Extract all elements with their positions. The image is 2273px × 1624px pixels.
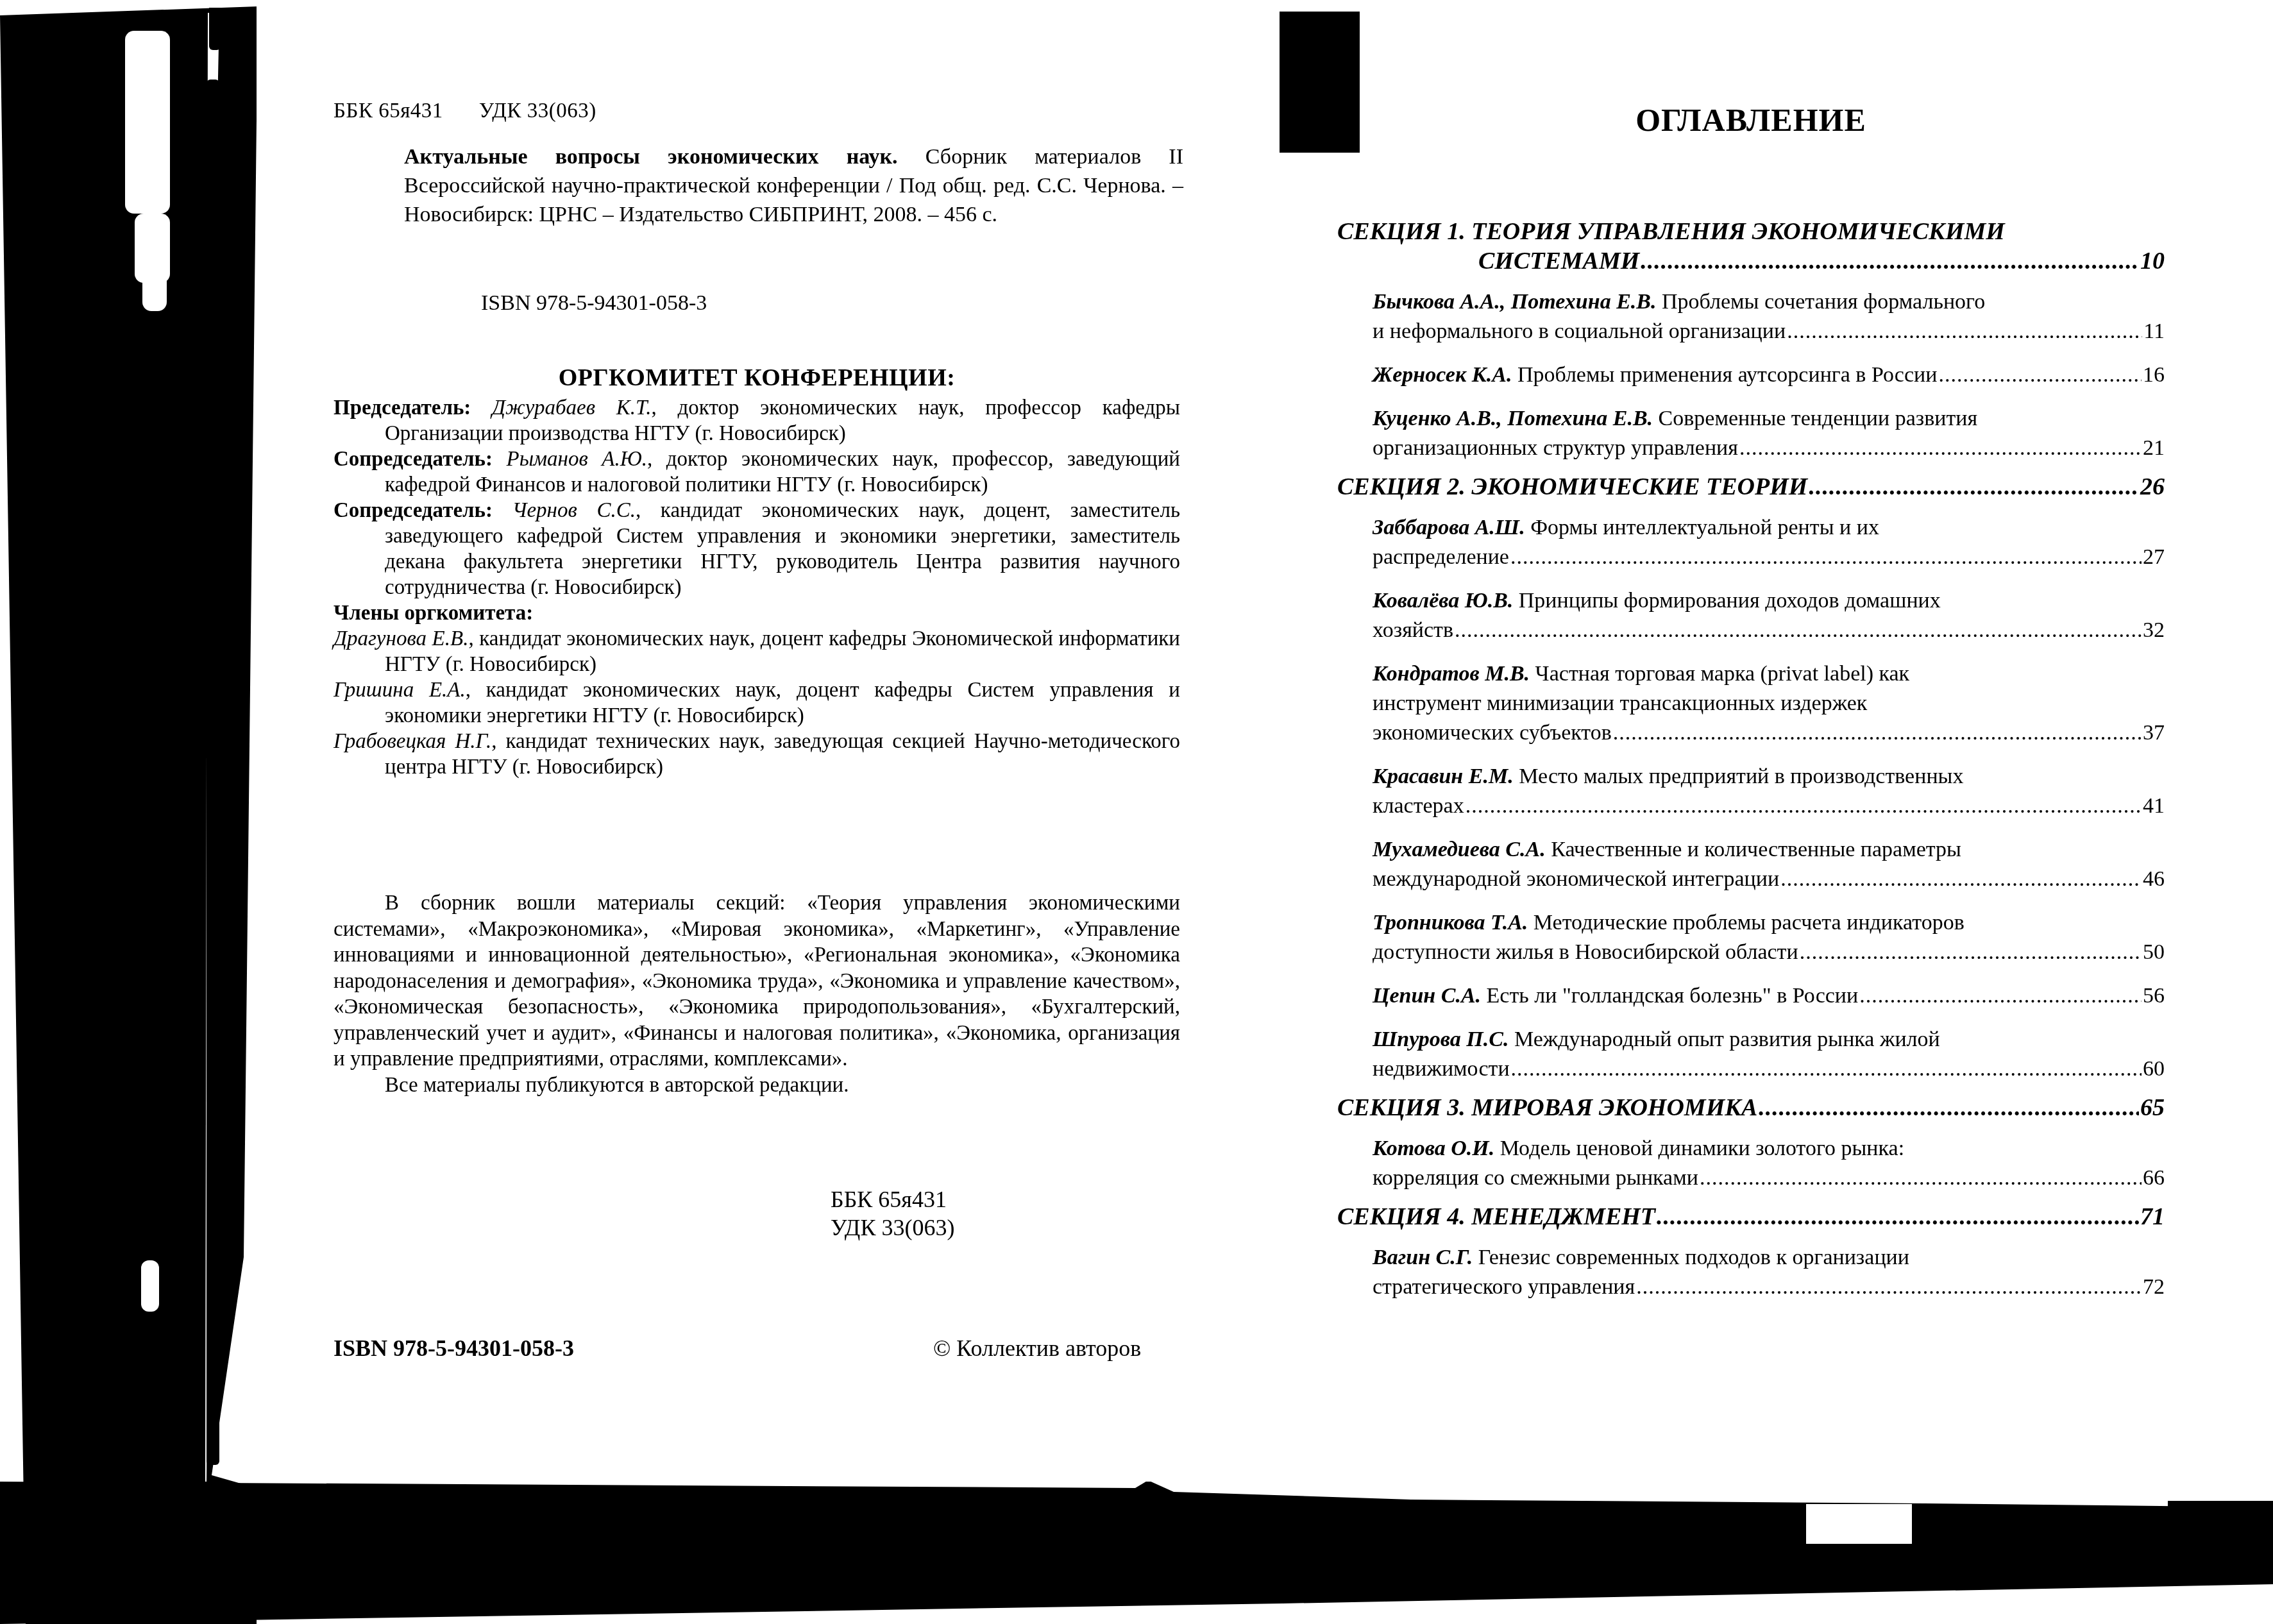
toc-page-number: 71: [2140, 1202, 2165, 1231]
binding-hole: [125, 31, 170, 214]
toc-article-authors: Котова О.И.: [1373, 1137, 1494, 1160]
toc-entry-text: экономических субъектов: [1373, 718, 1612, 748]
udk-code: УДК 33(063): [831, 1214, 954, 1242]
leader-dots: [1700, 1163, 2142, 1193]
toc-entry-text: доступности жилья в Новосибирской област…: [1373, 938, 1798, 967]
toc-page-number: 66: [2143, 1163, 2165, 1193]
toc-article-first-line: Вагин С.Г. Генезис современных подходов …: [1373, 1243, 2165, 1273]
toc-article-title: организационных структур управления: [1373, 436, 1738, 460]
toc-line: корреляция со смежными рынками66: [1373, 1163, 2165, 1193]
toc-article-title: Модель ценовой динамики золотого рынка:: [1494, 1137, 1904, 1160]
toc-line: хозяйств32: [1373, 616, 2165, 645]
toc-article-authors: Шпурова П.С.: [1373, 1028, 1508, 1051]
toc-article: Заббарова А.Ш. Формы интеллектуальной ре…: [1337, 513, 2165, 572]
toc-page-number: 26: [2140, 472, 2165, 502]
toc-article-authors: Ковалёва Ю.В.: [1373, 589, 1513, 613]
toc-line: распределение27: [1373, 543, 2165, 572]
toc-entry-text: СЕКЦИЯ 4. МЕНЕДЖМЕНТ: [1337, 1202, 1655, 1231]
committee-member-name: Чернов С.С.: [512, 499, 636, 522]
toc-article-first-line: Красавин Е.М. Место малых предприятий в …: [1373, 762, 2165, 791]
scan-label-patch: [1806, 1504, 1912, 1544]
bibliographic-description: Актуальные вопросы экономических наук. С…: [404, 142, 1183, 229]
toc-section: СЕКЦИЯ 3. МИРОВАЯ ЭКОНОМИКА65: [1337, 1093, 2165, 1122]
leader-dots: [1641, 246, 2139, 276]
toc-entry-text: кластерах: [1373, 791, 1464, 821]
toc-line: и неформального в социальной организации…: [1373, 317, 2165, 346]
collection-summary: В сборник вошли материалы секций: «Теори…: [334, 890, 1180, 1098]
toc-page-number: 11: [2143, 317, 2165, 346]
toc-line: организационных структур управления21: [1373, 434, 2165, 463]
leader-dots: [1800, 938, 2142, 967]
toc-page-number: 46: [2143, 865, 2165, 894]
toc-article-title: Проблемы применения аутсорсинга в России: [1512, 363, 1937, 387]
toc-article: Котова О.И. Модель ценовой динамики золо…: [1337, 1134, 2165, 1193]
toc-article-title: Современные тенденции развития: [1653, 407, 1977, 430]
members-heading: Члены оргкомитета:: [334, 600, 1180, 626]
udk-code: УДК 33(063): [479, 99, 596, 123]
leader-dots: [1466, 791, 2142, 821]
committee-chair-entry: Председатель: Джурабаев К.Т., доктор эко…: [334, 395, 1180, 446]
committee-role: Сопредседатель:: [334, 448, 507, 471]
toc-page-number: 32: [2143, 616, 2165, 645]
toc-article-authors: Красавин Е.М.: [1373, 765, 1514, 788]
committee-member-desc: , кандидат экономических наук, доцент ка…: [385, 627, 1180, 676]
toc-article-title: хозяйств: [1373, 618, 1453, 642]
binding-hole: [142, 260, 167, 311]
toc-entry-text: и неформального в социальной организации: [1373, 317, 1786, 346]
committee-member-entry: Драгунова Е.В., кандидат экономических н…: [334, 626, 1180, 677]
leader-dots: [1759, 1093, 2139, 1122]
toc-line: СЕКЦИЯ 3. МИРОВАЯ ЭКОНОМИКА65: [1337, 1093, 2165, 1122]
leader-dots: [1739, 434, 2142, 463]
committee-member-name: Грабовецкая Н.Г.: [334, 730, 491, 753]
summary-paragraph: В сборник вошли материалы секций: «Теори…: [334, 890, 1180, 1072]
toc-article-authors: Бычкова А.А., Потехина Е.В.: [1373, 290, 1657, 314]
toc-entry-text: Жерносек К.А. Проблемы применения аутсор…: [1373, 360, 1937, 390]
toc-article: Куценко А.В., Потехина Е.В. Современные …: [1337, 404, 2165, 463]
toc-line: СИСТЕМАМИ10: [1337, 246, 2165, 276]
toc-entry-text: распределение: [1373, 543, 1509, 572]
summary-paragraph: Все материалы публикуются в авторской ре…: [334, 1072, 1180, 1099]
toc-page-number: 37: [2143, 718, 2165, 748]
toc-article: Мухамедиева С.А. Качественные и количест…: [1337, 835, 2165, 894]
toc-article-first-line: Бычкова А.А., Потехина Е.В. Проблемы соч…: [1373, 287, 2165, 317]
toc-article-title: Генезис современных подходов к организац…: [1473, 1246, 1909, 1269]
toc-article-title: стратегического управления: [1373, 1275, 1635, 1299]
toc-article-title: кластерах: [1373, 794, 1464, 818]
binding-hole: [141, 1260, 159, 1312]
toc-page-number: 56: [2143, 981, 2165, 1011]
toc-article-first-line: Шпурова П.С. Международный опыт развития…: [1373, 1025, 2165, 1054]
toc-article-first-line: Заббарова А.Ш. Формы интеллектуальной ре…: [1373, 513, 2165, 543]
toc-article: Кондратов М.В. Частная торговая марка (p…: [1337, 659, 2165, 748]
toc-article-authors: Жерносек К.А.: [1373, 363, 1512, 387]
toc-article-title: инструмент минимизации трансакционных из…: [1373, 689, 2165, 718]
toc-entry-text: организационных структур управления: [1373, 434, 1738, 463]
toc-line: Жерносек К.А. Проблемы применения аутсор…: [1373, 360, 2165, 390]
toc-article: Жерносек К.А. Проблемы применения аутсор…: [1337, 360, 2165, 390]
toc-article-first-line: Ковалёва Ю.В. Принципы формирования дохо…: [1373, 586, 2165, 616]
toc-page-number: 16: [2143, 360, 2165, 390]
committee-member-entry: Гришина Е.А., кандидат экономических нау…: [334, 677, 1180, 729]
leader-dots: [1657, 1202, 2139, 1231]
toc-page-number: 41: [2143, 791, 2165, 821]
toc-article-title: экономических субъектов: [1373, 721, 1612, 745]
toc-article-title: Принципы формирования доходов домашних: [1513, 589, 1940, 613]
committee-role: Сопредседатель:: [334, 499, 512, 522]
scan-corner-shadow: [2168, 1501, 2273, 1562]
toc-article-title: Качественные и количественные параметры: [1546, 838, 1961, 861]
classification-codes: ББК 65я431УДК 33(063): [334, 97, 596, 124]
toc-article-title: Формы интеллектуальной ренты и их: [1525, 516, 1879, 539]
toc-article: Тропникова Т.А. Методические проблемы ра…: [1337, 908, 2165, 967]
toc-article-authors: Цепин С.А.: [1373, 984, 1481, 1008]
leader-dots: [1809, 472, 2139, 502]
toc-article-title: недвижимости: [1373, 1057, 1510, 1081]
toc-line: СЕКЦИЯ 4. МЕНЕДЖМЕНТ71: [1337, 1202, 2165, 1231]
bbk-code: ББК 65я431: [831, 1185, 954, 1214]
toc-article-title: Место малых предприятий в производственн…: [1514, 765, 1964, 788]
book-title: Актуальные вопросы экономических наук.: [404, 145, 898, 169]
toc-page-number: 10: [2140, 246, 2165, 276]
toc-article: Ковалёва Ю.В. Принципы формирования дохо…: [1337, 586, 2165, 645]
toc-article-first-line: Куценко А.В., Потехина Е.В. Современные …: [1373, 404, 2165, 434]
toc-article-authors: Кондратов М.В.: [1373, 662, 1530, 686]
toc-line: Цепин С.А. Есть ли "голландская болезнь"…: [1373, 981, 2165, 1011]
toc-article-title: Есть ли "голландская болезнь" в России: [1481, 984, 1858, 1008]
toc-section-title: СЕКЦИЯ 3. МИРОВАЯ ЭКОНОМИКА: [1337, 1094, 1757, 1121]
toc-entry-text: СИСТЕМАМИ: [1478, 246, 1639, 276]
leader-dots: [1511, 1054, 2142, 1084]
toc-section-title: СИСТЕМАМИ: [1478, 248, 1639, 275]
isbn: ISBN 978-5-94301-058-3: [481, 290, 707, 317]
toc-line: СЕКЦИЯ 2. ЭКОНОМИЧЕСКИЕ ТЕОРИИ26: [1337, 472, 2165, 502]
toc-article: Бычкова А.А., Потехина Е.В. Проблемы соч…: [1337, 287, 2165, 346]
toc-article-title: и неформального в социальной организации: [1373, 319, 1786, 343]
toc-page-number: 72: [2143, 1273, 2165, 1302]
page-edge-shadow: [207, 80, 219, 1465]
toc-line: стратегического управления72: [1373, 1273, 2165, 1302]
toc-entry-text: недвижимости: [1373, 1054, 1510, 1084]
toc-article: Цепин С.А. Есть ли "голландская болезнь"…: [1337, 981, 2165, 1011]
toc-entry-text: Цепин С.А. Есть ли "голландская болезнь"…: [1373, 981, 1858, 1011]
toc-article-first-line: Тропникова Т.А. Методические проблемы ра…: [1373, 908, 2165, 938]
toc-article-title: Методические проблемы расчета индикаторо…: [1528, 911, 1964, 935]
toc-section-title: СЕКЦИЯ 4. МЕНЕДЖМЕНТ: [1337, 1203, 1655, 1230]
toc-entry-text: стратегического управления: [1373, 1273, 1635, 1302]
toc-section-title: СЕКЦИЯ 1. ТЕОРИЯ УПРАВЛЕНИЯ ЭКОНОМИЧЕСКИ…: [1337, 217, 2165, 246]
toc-line: кластерах41: [1373, 791, 2165, 821]
toc-page-number: 60: [2143, 1054, 2165, 1084]
leader-dots: [1510, 543, 2142, 572]
copyright-notice: © Коллектив авторов: [933, 1335, 1141, 1362]
toc-title: ОГЛАВЛЕНИЕ: [1337, 101, 2165, 139]
toc-section-title: СЕКЦИЯ 2. ЭКОНОМИЧЕСКИЕ ТЕОРИИ: [1337, 473, 1807, 500]
toc-article-title: Международный опыт развития рынка жилой: [1508, 1028, 1939, 1051]
committee-member-name: Рыманов А.Ю.: [507, 448, 647, 471]
toc-article: Вагин С.Г. Генезис современных подходов …: [1337, 1243, 2165, 1302]
leader-dots: [1780, 865, 2142, 894]
toc-article: Шпурова П.С. Международный опыт развития…: [1337, 1025, 2165, 1084]
toc-article-authors: Тропникова Т.А.: [1373, 911, 1528, 935]
toc-section: СЕКЦИЯ 4. МЕНЕДЖМЕНТ71: [1337, 1202, 2165, 1231]
isbn-bottom: ISBN 978-5-94301-058-3: [334, 1335, 574, 1362]
toc-article-first-line: Котова О.И. Модель ценовой динамики золо…: [1373, 1134, 2165, 1163]
toc-article-title: корреляция со смежными рынками: [1373, 1166, 1698, 1190]
toc-entry-text: международной экономической интеграции: [1373, 865, 1779, 894]
toc-page-number: 27: [2143, 543, 2165, 572]
toc-entry-text: хозяйств: [1373, 616, 1453, 645]
committee-chair-entry: Сопредседатель: Чернов С.С., кандидат эк…: [334, 498, 1180, 600]
scan-shadow-bottom: [0, 1482, 2273, 1624]
toc-page-number: 21: [2143, 434, 2165, 463]
toc-entry-text: СЕКЦИЯ 3. МИРОВАЯ ЭКОНОМИКА: [1337, 1093, 1757, 1122]
toc-article: Красавин Е.М. Место малых предприятий в …: [1337, 762, 2165, 821]
leader-dots: [1455, 616, 2142, 645]
toc-article-title: распределение: [1373, 545, 1509, 569]
toc-article-title: доступности жилья в Новосибирской област…: [1373, 940, 1798, 964]
leader-dots: [1859, 981, 2142, 1011]
toc-article-authors: Мухамедиева С.А.: [1373, 838, 1546, 861]
committee-member-entry: Грабовецкая Н.Г., кандидат технических н…: [334, 729, 1180, 780]
toc-entry-text: корреляция со смежными рынками: [1373, 1163, 1698, 1193]
toc-line: экономических субъектов37: [1373, 718, 2165, 748]
committee-member-desc: , кандидат технических наук, заведующая …: [385, 730, 1180, 779]
committee-role: Председатель:: [334, 396, 492, 419]
toc-line: доступности жилья в Новосибирской област…: [1373, 938, 2165, 967]
leader-dots: [1636, 1273, 2142, 1302]
leader-dots: [1787, 317, 2142, 346]
toc-section: СЕКЦИЯ 2. ЭКОНОМИЧЕСКИЕ ТЕОРИИ26: [1337, 472, 2165, 502]
orgcommittee-list: Председатель: Джурабаев К.Т., доктор эко…: [334, 395, 1180, 780]
toc-section: СЕКЦИЯ 1. ТЕОРИЯ УПРАВЛЕНИЯ ЭКОНОМИЧЕСКИ…: [1337, 217, 2165, 276]
committee-member-name: Драгунова Е.В.: [334, 627, 468, 650]
committee-member-name: Гришина Е.А.: [334, 679, 466, 702]
orgcommittee-title: ОРГКОМИТЕТ КОНФЕРЕНЦИИ:: [334, 364, 1180, 391]
toc-page-number: 65: [2140, 1093, 2165, 1122]
toc-article-title: международной экономической интеграции: [1373, 867, 1779, 891]
toc-line: международной экономической интеграции46: [1373, 865, 2165, 894]
page-edge-shadow: [209, 8, 221, 50]
bbk-code: ББК 65я431: [334, 99, 443, 123]
toc-article-first-line: Мухамедиева С.А. Качественные и количест…: [1373, 835, 2165, 865]
leader-dots: [1613, 718, 2142, 748]
classification-codes-bottom: ББК 65я431 УДК 33(063): [831, 1185, 954, 1242]
committee-chair-entry: Сопредседатель: Рыманов А.Ю., доктор эко…: [334, 446, 1180, 498]
toc-page-number: 50: [2143, 938, 2165, 967]
toc-entry-text: СЕКЦИЯ 2. ЭКОНОМИЧЕСКИЕ ТЕОРИИ: [1337, 472, 1807, 502]
toc-article-title: Частная торговая марка (privat label) ка…: [1530, 662, 1909, 686]
toc-article-authors: Вагин С.Г.: [1373, 1246, 1473, 1269]
table-of-contents: СЕКЦИЯ 1. ТЕОРИЯ УПРАВЛЕНИЯ ЭКОНОМИЧЕСКИ…: [1337, 213, 2165, 1311]
committee-member-name: Джурабаев К.Т.: [492, 396, 651, 419]
toc-article-authors: Куценко А.В., Потехина Е.В.: [1373, 407, 1653, 430]
toc-article-authors: Заббарова А.Ш.: [1373, 516, 1525, 539]
leader-dots: [1938, 360, 2142, 390]
toc-line: недвижимости60: [1373, 1054, 2165, 1084]
toc-article-first-line: Кондратов М.В. Частная торговая марка (p…: [1373, 659, 2165, 689]
toc-article-title: Проблемы сочетания формального: [1657, 290, 1986, 314]
committee-member-desc: , кандидат экономических наук, доцент ка…: [385, 679, 1180, 727]
